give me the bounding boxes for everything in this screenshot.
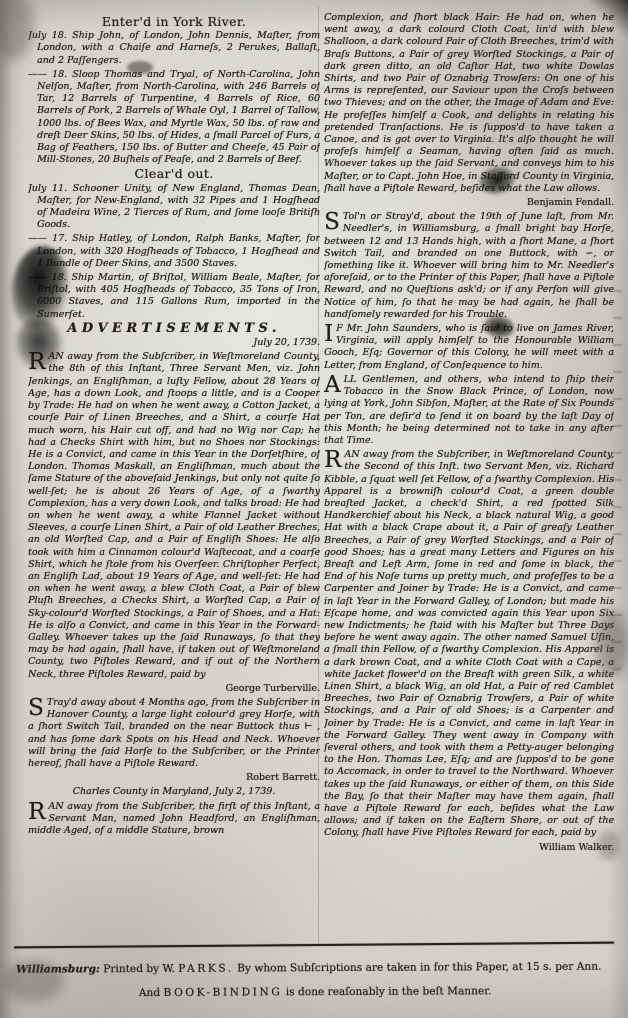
ad-body-text: AN away from the Subſcriber, the firſt o… [28, 801, 320, 836]
advertisement-runaway-kibble: RAN away from the Subſcriber, in Weſtmor… [324, 449, 614, 840]
drop-cap-s: S [28, 697, 47, 718]
notice-letter-john-saunders: IF Mr. John Saunders, who is ſaid to liv… [324, 323, 614, 372]
advertisement-stolen-horse: STol'n or Stray'd, about the 19th of Jun… [324, 211, 614, 321]
drop-cap-a: A [324, 374, 344, 395]
drop-cap-r: R [324, 449, 344, 470]
drop-cap-i: I [324, 323, 336, 344]
cleared-out-heading: Clear'd out. [28, 168, 320, 180]
ad-body-text: F Mr. John Saunders, who is ſaid to live… [324, 323, 614, 371]
ad-dateline-july-20-1739: July 20, 1739. [28, 337, 320, 349]
newspaper-scan-page: Enter'd in York River. July 18. Ship Joh… [0, 0, 628, 1018]
ad-continuation-john-headford: Complexion, and ſhort black Hair: He had… [324, 12, 614, 195]
ad-body-text: AN away from the Subſcriber, in Weſtmore… [324, 449, 614, 838]
imprint-place: Williamsburg: [16, 963, 100, 975]
shipping-entry-ship-hatley: —— 17. Ship Hatley, of London, Ralph Ban… [28, 233, 320, 270]
imprint-line-2: And BOOK-BINDING is done reaſonably in t… [16, 984, 614, 1001]
signature-benjamin-fendall: Benjamin Fendall. [324, 197, 614, 209]
entered-in-york-river-heading: Enter'd in York River. [28, 16, 320, 28]
advertisement-runaway-maryland: RAN away from the Subſcriber, the firſt … [28, 801, 320, 838]
ad-body-text: LL Gentlemen, and others, who intend to … [324, 374, 614, 446]
drop-cap-r: R [28, 351, 48, 372]
signature-william-walker: William Walker. [324, 842, 614, 854]
signature-george-turberville: George Turberville. [28, 683, 320, 695]
shipping-entry-ship-john: July 18. Ship John, of London, John Denn… [28, 30, 320, 67]
ad-body-text: AN away from the Subſcriber, in Weſtmore… [28, 351, 320, 679]
imprint-subscriptions: By whom Subſcriptions are taken in for t… [237, 960, 601, 974]
shipping-entry-schooner-unity: July 11. Schooner Unity, of New England,… [28, 183, 320, 232]
ad-dateline-charles-county: Charles County in Maryland, July 2, 1739… [28, 786, 320, 798]
notice-tobacco-black-prince: ALL Gentlemen, and others, who intend to… [324, 374, 614, 447]
left-column: Enter'd in York River. July 18. Ship Joh… [28, 16, 320, 948]
drop-cap-r: R [28, 801, 48, 822]
right-column: Complexion, and ſhort black Hair: He had… [324, 12, 614, 950]
signature-robert-barrett: Robert Barrett. [28, 772, 320, 784]
imprint-line-1: Williamsburg: Printed by W. PARKS. By wh… [16, 960, 614, 977]
drop-cap-s: S [324, 211, 343, 232]
advertisements-heading: ADVERTISEMENTS. [28, 323, 320, 335]
ad-body-text: Tray'd away about 4 Months ago, from the… [28, 697, 320, 769]
imprint-manner: is done reaſonably in the beſt Manner. [286, 985, 492, 998]
imprint-bookbinding: BOOK-BINDING [163, 986, 282, 999]
shipping-entry-ship-martin: —— 18. Ship Martin, of Briſtol, William … [28, 272, 320, 321]
edge-marks-right-margin [613, 290, 622, 690]
ad-body-text: Tol'n or Stray'd, about the 19th of June… [324, 211, 614, 320]
imprint-printed-by: Printed by W. [103, 962, 175, 974]
advertisement-strayed-horse: STray'd away about 4 Months ago, from th… [28, 697, 320, 770]
imprint-printer-name: PARKS. [178, 962, 234, 974]
imprint-footer: Williamsburg: Printed by W. PARKS. By wh… [16, 949, 614, 1011]
shipping-entry-sloop-thomas-and-tryal: —— 18. Sloop Thomas and Tryal, of North-… [28, 69, 320, 167]
imprint-and: And [139, 986, 160, 998]
advertisement-runaway-westmoreland: RAN away from the Subſcriber, in Weſtmor… [28, 351, 320, 680]
